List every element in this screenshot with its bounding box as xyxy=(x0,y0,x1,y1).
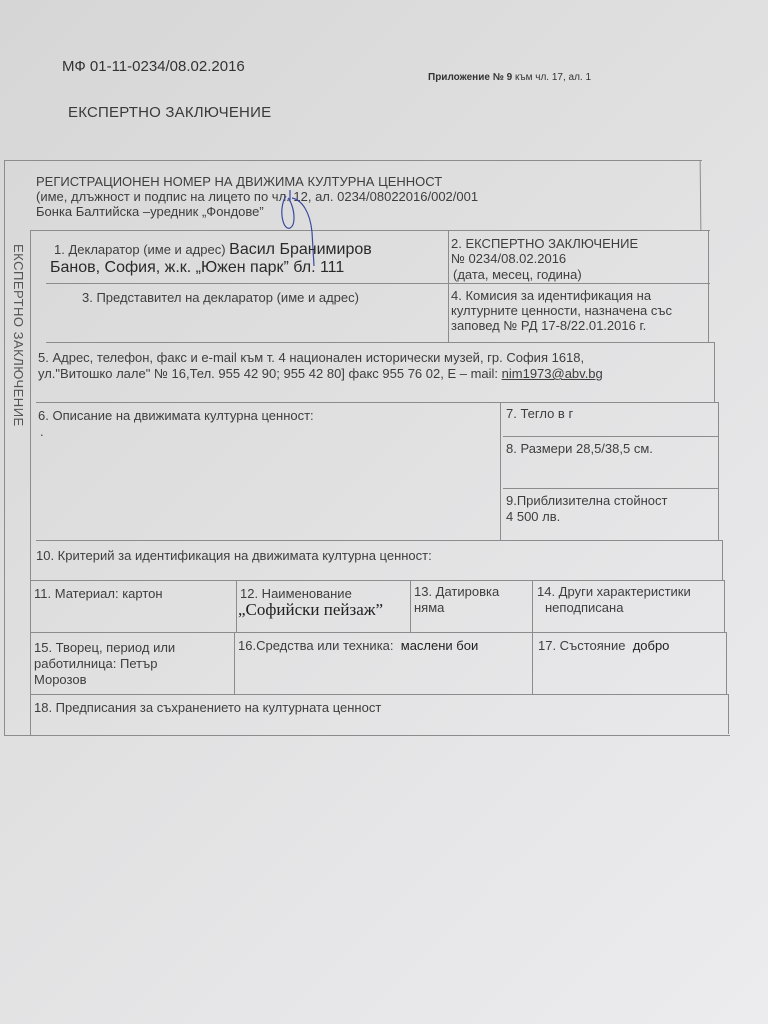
divider xyxy=(724,580,725,632)
registration-title: РЕГИСТРАЦИОНЕН НОМЕР НА ДВИЖИМА КУЛТУРНА… xyxy=(36,174,442,190)
field-13-dating-label: 13. Датировка xyxy=(414,584,499,600)
divider xyxy=(500,402,501,540)
registration-curator: Бонка Балтийска –уредник „Фондове” xyxy=(36,204,264,220)
field-16-value: маслени бои xyxy=(401,638,478,653)
field-6-value: . xyxy=(40,424,44,440)
field-1-address: Банов, София, ж.к. „Южен парк” бл. 111 xyxy=(50,258,344,278)
field-9-value-label: 9.Приблизителна стойност xyxy=(506,493,667,509)
divider xyxy=(448,230,449,342)
divider xyxy=(234,632,235,694)
divider xyxy=(30,230,710,231)
divider xyxy=(532,632,533,694)
divider xyxy=(532,580,533,632)
divider xyxy=(46,342,714,343)
divider xyxy=(700,160,702,230)
document-number: МФ 01-11-0234/08.02.2016 xyxy=(62,58,245,75)
field-16-label: 16.Средства или техника: xyxy=(238,638,394,653)
field-1-value: Васил Бранимиров xyxy=(229,241,372,258)
divider xyxy=(503,436,718,437)
annex-reference: Приложение № 9 към чл. 17, ал. 1 xyxy=(428,72,591,83)
field-15-line: работилница: Петър xyxy=(34,656,157,672)
field-3-representative: 3. Представител на декларатор (име и адр… xyxy=(82,290,359,306)
divider xyxy=(714,342,715,402)
field-1-declarant: 1. Декларатор (име и адрес) Васил Браним… xyxy=(54,240,372,260)
field-8-dimensions: 8. Размери 28,5/38,5 см. xyxy=(506,441,653,457)
field-2-number: № 0234/08.02.2016 xyxy=(451,251,566,267)
field-5-address: 5. Адрес, телефон, факс и e-mail към т. … xyxy=(38,350,584,366)
field-13-dating-value: няма xyxy=(414,600,444,616)
divider xyxy=(503,488,719,489)
divider xyxy=(4,735,730,736)
annex-number: Приложение № 9 xyxy=(428,72,512,83)
divider xyxy=(4,160,702,161)
field-5-phones: ул."Витошко лале" № 16,Тел. 955 42 90; 9… xyxy=(38,366,502,381)
divider xyxy=(36,402,718,403)
field-15-creator: Морозов xyxy=(34,672,86,688)
divider xyxy=(722,540,723,580)
divider xyxy=(36,540,722,541)
field-6-description: 6. Описание на движимата културна ценнос… xyxy=(38,408,314,424)
divider xyxy=(410,580,411,632)
divider xyxy=(4,160,5,736)
field-4-order: заповед № РД 17-8/22.01.2016 г. xyxy=(451,318,646,334)
field-17-condition: 17. Състояние добро xyxy=(538,638,669,654)
divider xyxy=(718,402,719,540)
divider xyxy=(708,230,709,342)
field-16-technique: 16.Средства или техника: маслени бои xyxy=(238,638,478,654)
divider xyxy=(46,283,710,284)
field-11-material: 11. Материал: картон xyxy=(34,586,163,602)
divider xyxy=(726,632,727,694)
email-link[interactable]: nim1973@abv.bg xyxy=(502,366,603,381)
field-9-value: 4 500 лв. xyxy=(506,509,560,525)
field-2-title: 2. ЕКСПЕРТНО ЗАКЛЮЧЕНИЕ xyxy=(451,236,638,252)
field-18-preservation: 18. Предписания за съхранението на култу… xyxy=(34,700,381,716)
field-2-hint: (дата, месец, година) xyxy=(453,267,582,283)
divider xyxy=(30,694,728,695)
annex-article: към чл. 17, ал. 1 xyxy=(512,72,591,83)
field-4-line: 4. Комисия за идентификация на xyxy=(451,288,651,304)
divider xyxy=(30,580,724,581)
divider xyxy=(728,694,729,734)
field-17-value: добро xyxy=(633,638,670,653)
registration-line: (име, длъжност и подпис на лицето по чл.… xyxy=(36,189,478,205)
field-12-name-value: „Софийски пейзаж” xyxy=(238,602,383,618)
divider xyxy=(30,632,726,633)
divider xyxy=(30,230,31,736)
field-5-contacts: ул."Витошко лале" № 16,Тел. 955 42 90; 9… xyxy=(38,366,603,382)
field-14-other-label: 14. Други характеристики xyxy=(537,584,691,600)
field-10-criteria: 10. Критерий за идентификация на движима… xyxy=(36,548,432,564)
field-4-line: културните ценности, назначена със xyxy=(451,303,672,319)
divider xyxy=(236,580,237,632)
field-7-weight: 7. Тегло в г xyxy=(506,406,573,422)
field-15-line: 15. Творец, период или xyxy=(34,640,175,656)
field-17-label: 17. Състояние xyxy=(538,638,625,653)
document-title: ЕКСПЕРТНО ЗАКЛЮЧЕНИЕ xyxy=(68,104,271,121)
field-14-other-value: неподписана xyxy=(545,600,623,616)
side-label: ЕКСПЕРТНО ЗАКЛЮЧЕНИЕ xyxy=(6,244,26,444)
field-1-label: 1. Декларатор (име и адрес) xyxy=(54,242,226,257)
